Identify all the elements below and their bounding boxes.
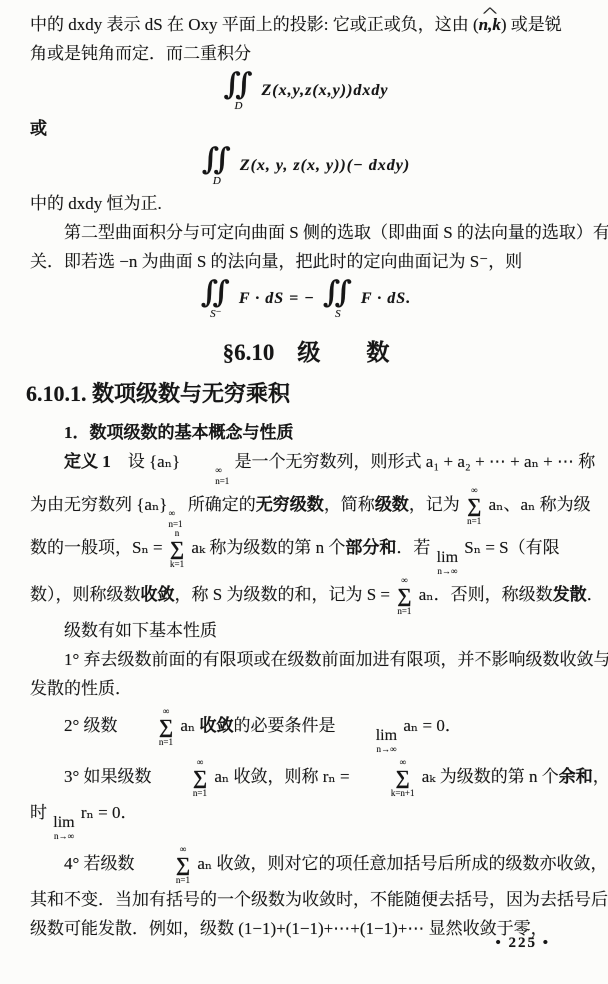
angle-nk-notation: ^n,k xyxy=(479,15,501,34)
text-run: aₙ xyxy=(176,716,199,735)
text-run: aₖ 称为级数的第 n 个 xyxy=(187,538,345,557)
sum-lower-limit: n=1 xyxy=(125,738,173,747)
formula-expression: Z(x,y,z(x,y))dxdy xyxy=(261,82,388,100)
sum-upper-limit: n xyxy=(175,529,180,538)
sum-upper-limit: ∞ xyxy=(163,758,203,767)
double-integral-operator: ∬D xyxy=(202,145,232,187)
formula-expression: F · dS. xyxy=(361,290,411,308)
para-projection-line1: 中的 dxdy 表示 dS 在 Oxy 平面上的投影: 它或正或负，这由 (^n… xyxy=(30,10,582,39)
integral-domain-label: D xyxy=(235,101,243,112)
property3-line1: 3° 如果级数 ∞∑n=1 aₙ 收敛，则称 rₙ = ∞∑k=n+1 aₖ 为… xyxy=(30,758,582,798)
text-run: 数的一般项，Sₙ = xyxy=(30,538,167,557)
sum-upper-limit: ∞ xyxy=(365,758,405,767)
term-infinite-series: 无穷级数 xyxy=(256,495,324,514)
summation-symbol: ∞∑k=n+1 xyxy=(354,758,418,798)
sigma-icon: ∑ xyxy=(125,716,173,738)
double-integral-operator: ∬S⁻ xyxy=(201,278,231,320)
formula-expression: F · dS = − xyxy=(239,290,315,308)
sum-upper-limit: ∞ xyxy=(129,707,169,716)
limit-operator: limn→∞ xyxy=(435,550,460,576)
para-projection-line2: 角或是钝角而定．而二重积分 xyxy=(30,39,582,68)
term-diverges: 发散 xyxy=(553,585,587,604)
definition1-line1: 定义 1 设 {aₙ}∞n=1 是一个无穷数列，则形式 a₁ + a₂ + ⋯ … xyxy=(30,447,582,486)
text-run: ．若 xyxy=(396,538,434,557)
double-integral-icon: ∬ xyxy=(202,145,232,175)
term-converges: 收敛 xyxy=(199,716,233,735)
limit-operator: limn→∞ xyxy=(340,728,399,754)
definition-label: 定义 1 xyxy=(64,452,111,471)
sub-n-equals-1: n=1 xyxy=(181,477,229,486)
text-run: ) 或是锐 xyxy=(501,15,562,34)
sum-upper-limit: ∞ xyxy=(401,576,407,585)
sigma-icon: ∑ xyxy=(467,495,481,517)
formula-double-integral-positive: ∬D Z(x,y,z(x,y))dxdy xyxy=(30,70,582,112)
sigma-icon: ∑ xyxy=(159,767,207,789)
para-orientation-line2: 关．即若选 −n 为曲面 S 的法向量，把此时的定向曲面记为 S⁻，则 xyxy=(30,247,582,276)
definition1-line3: 数的一般项，Sₙ = n∑k=1 aₖ 称为级数的第 n 个部分和．若 limn… xyxy=(30,529,582,576)
sum-lower-limit: k=1 xyxy=(170,560,184,569)
sigma-icon: ∑ xyxy=(142,854,190,876)
text-run: 3° 如果级数 xyxy=(64,767,156,786)
sequence-limits: ∞n=1 xyxy=(180,466,230,486)
text-run: 设 {aₙ} xyxy=(111,452,180,471)
text-run: 是一个无穷数列，则形式 a₁ + a₂ + ⋯ + aₙ + ⋯ 称 xyxy=(230,452,595,471)
double-integral-icon: ∬ xyxy=(223,70,253,100)
summation-symbol: n∑k=1 xyxy=(167,529,187,569)
double-integral-operator: ∬D xyxy=(223,70,253,112)
formula-flux-orientation: ∬S⁻ F · dS = − ∬S F · dS. xyxy=(30,278,582,320)
definition1-line4: 数），则称级数收敛，称 S 为级数的和，记为 S = ∞∑n=1 aₙ．否则，称… xyxy=(30,576,582,616)
property4-line2: 其和不变．当加有括号的一个级数为收敛时，不能随便去括号，因为去括号后的 xyxy=(30,885,582,914)
item-heading: 1．数项级数的基本概念与性质 xyxy=(30,418,582,447)
section-heading: §6.10 级 数 xyxy=(30,334,582,367)
page-content: 中的 dxdy 表示 dS 在 Oxy 平面上的投影: 它或正或负，这由 (^n… xyxy=(30,10,582,943)
page-number: • 225 • xyxy=(495,935,550,952)
lim-subscript: n→∞ xyxy=(342,745,396,754)
sigma-icon: ∑ xyxy=(397,585,411,607)
formula-expression: Z(x, y, z(x, y))(− dxdy) xyxy=(240,157,410,175)
summation-symbol: ∞∑n=1 xyxy=(394,576,414,616)
text-run: aₙ 收敛，则称 rₙ = xyxy=(210,767,354,786)
sup-infinity: ∞ xyxy=(168,509,182,518)
lim-word: lim xyxy=(342,728,397,744)
text-run: 数），则称级数 xyxy=(30,585,141,604)
double-integral-icon: ∬ xyxy=(201,278,231,308)
lim-subscript: n→∞ xyxy=(54,832,74,841)
text-run: aₙ．否则，称级数 xyxy=(415,585,553,604)
property2-line: 2° 级数 ∞∑n=1 aₙ 收敛的必要条件是 limn→∞ aₙ = 0． xyxy=(30,707,582,754)
sum-upper-limit: ∞ xyxy=(471,486,477,495)
line-dxdy-always-positive: 中的 dxdy 恒为正. xyxy=(30,189,582,218)
sigma-icon: ∑ xyxy=(362,767,410,789)
summation-symbol: ∞∑n=1 xyxy=(122,707,176,747)
integral-domain-label: S⁻ xyxy=(210,309,221,320)
sum-lower-limit: n=1 xyxy=(159,789,207,798)
sum-lower-limit: n=1 xyxy=(467,517,481,526)
text-run: ，记为 xyxy=(409,495,464,514)
text-run: rₙ = 0． xyxy=(77,803,138,822)
sup-infinity: ∞ xyxy=(181,466,229,475)
property1-line2: 发散的性质． xyxy=(30,674,582,703)
double-integral-icon: ∬ xyxy=(323,278,353,308)
property3-line2: 时 limn→∞ rₙ = 0． xyxy=(30,798,582,841)
scanned-textbook-page: 中的 dxdy 表示 dS 在 Oxy 平面上的投影: 它或正或负，这由 (^n… xyxy=(0,0,608,984)
sum-upper-limit: ∞ xyxy=(146,845,186,854)
term-partial-sum: 部分和 xyxy=(345,538,396,557)
text-run: 为由无穷数列 {aₙ} xyxy=(30,495,167,514)
sum-lower-limit: n=1 xyxy=(142,876,190,885)
summation-symbol: ∞∑n=1 xyxy=(156,758,210,798)
term-converges: 收敛 xyxy=(141,585,175,604)
formula-double-integral-negative: ∬D Z(x, y, z(x, y))(− dxdy) xyxy=(30,145,582,187)
summation-symbol: ∞∑n=1 xyxy=(139,845,193,885)
hat-accent-icon: ^ xyxy=(482,5,497,18)
text-run: aₙ = 0． xyxy=(399,716,462,735)
lim-word: lim xyxy=(53,815,74,831)
text-run: Sₙ = S（有限 xyxy=(460,538,560,557)
text-run: 时 xyxy=(30,803,51,822)
term-series: 级数 xyxy=(375,495,409,514)
properties-intro: 级数有如下基本性质 xyxy=(30,616,582,645)
definition1-line2: 为由无穷数列 {aₙ}∞n=1 所确定的无穷级数，简称级数，记为 ∞∑n=1 a… xyxy=(30,486,582,529)
text-run: ，此 xyxy=(593,767,608,786)
text-run: aₙ、aₙ 称为级 xyxy=(484,495,590,514)
text-run: ． xyxy=(587,585,604,604)
subsection-heading: 6.10.1. 数项级数与无穷乘积 xyxy=(26,377,582,408)
text-run: 的必要条件是 xyxy=(233,716,339,735)
text-run: ，称 S 为级数的和，记为 S = xyxy=(175,585,395,604)
double-integral-operator: ∬S xyxy=(323,278,353,320)
sigma-icon: ∑ xyxy=(170,538,184,560)
sequence-limits: ∞n=1 xyxy=(167,509,183,529)
property4-line1: 4° 若级数 ∞∑n=1 aₙ 收敛，则对它的项任意加括号后所成的级数亦收敛，且 xyxy=(30,845,582,885)
integral-domain-label: D xyxy=(213,176,221,187)
text-run: 4° 若级数 xyxy=(64,854,139,873)
property1-line1: 1° 弃去级数前面的有限项或在级数前面加进有限项，并不影响级数收敛与 xyxy=(30,645,582,674)
term-remainder: 余和 xyxy=(559,767,593,786)
connector-or: 或 xyxy=(30,114,582,143)
text-run: 中的 dxdy 表示 dS 在 Oxy 平面上的投影: 它或正或负，这由 ( xyxy=(30,15,479,34)
text-run: ，简称 xyxy=(324,495,375,514)
summation-symbol: ∞∑n=1 xyxy=(464,486,484,526)
text-run: 2° 级数 xyxy=(64,716,122,735)
sum-lower-limit: k=n+1 xyxy=(357,789,415,798)
text-run: aₙ 收敛，则对它的项任意加括号后所成的级数亦收敛，且 xyxy=(193,854,608,873)
lim-word: lim xyxy=(437,550,458,566)
lim-subscript: n→∞ xyxy=(437,567,457,576)
text-run: 所确定的 xyxy=(184,495,256,514)
text-run: aₖ 为级数的第 n 个 xyxy=(418,767,559,786)
sum-lower-limit: n=1 xyxy=(397,607,411,616)
integral-domain-label: S xyxy=(335,309,341,320)
para-orientation-line1: 第二型曲面积分与可定向曲面 S 侧的选取（即曲面 S 的法向量的选取）有 xyxy=(30,218,582,247)
limit-operator: limn→∞ xyxy=(51,815,76,841)
